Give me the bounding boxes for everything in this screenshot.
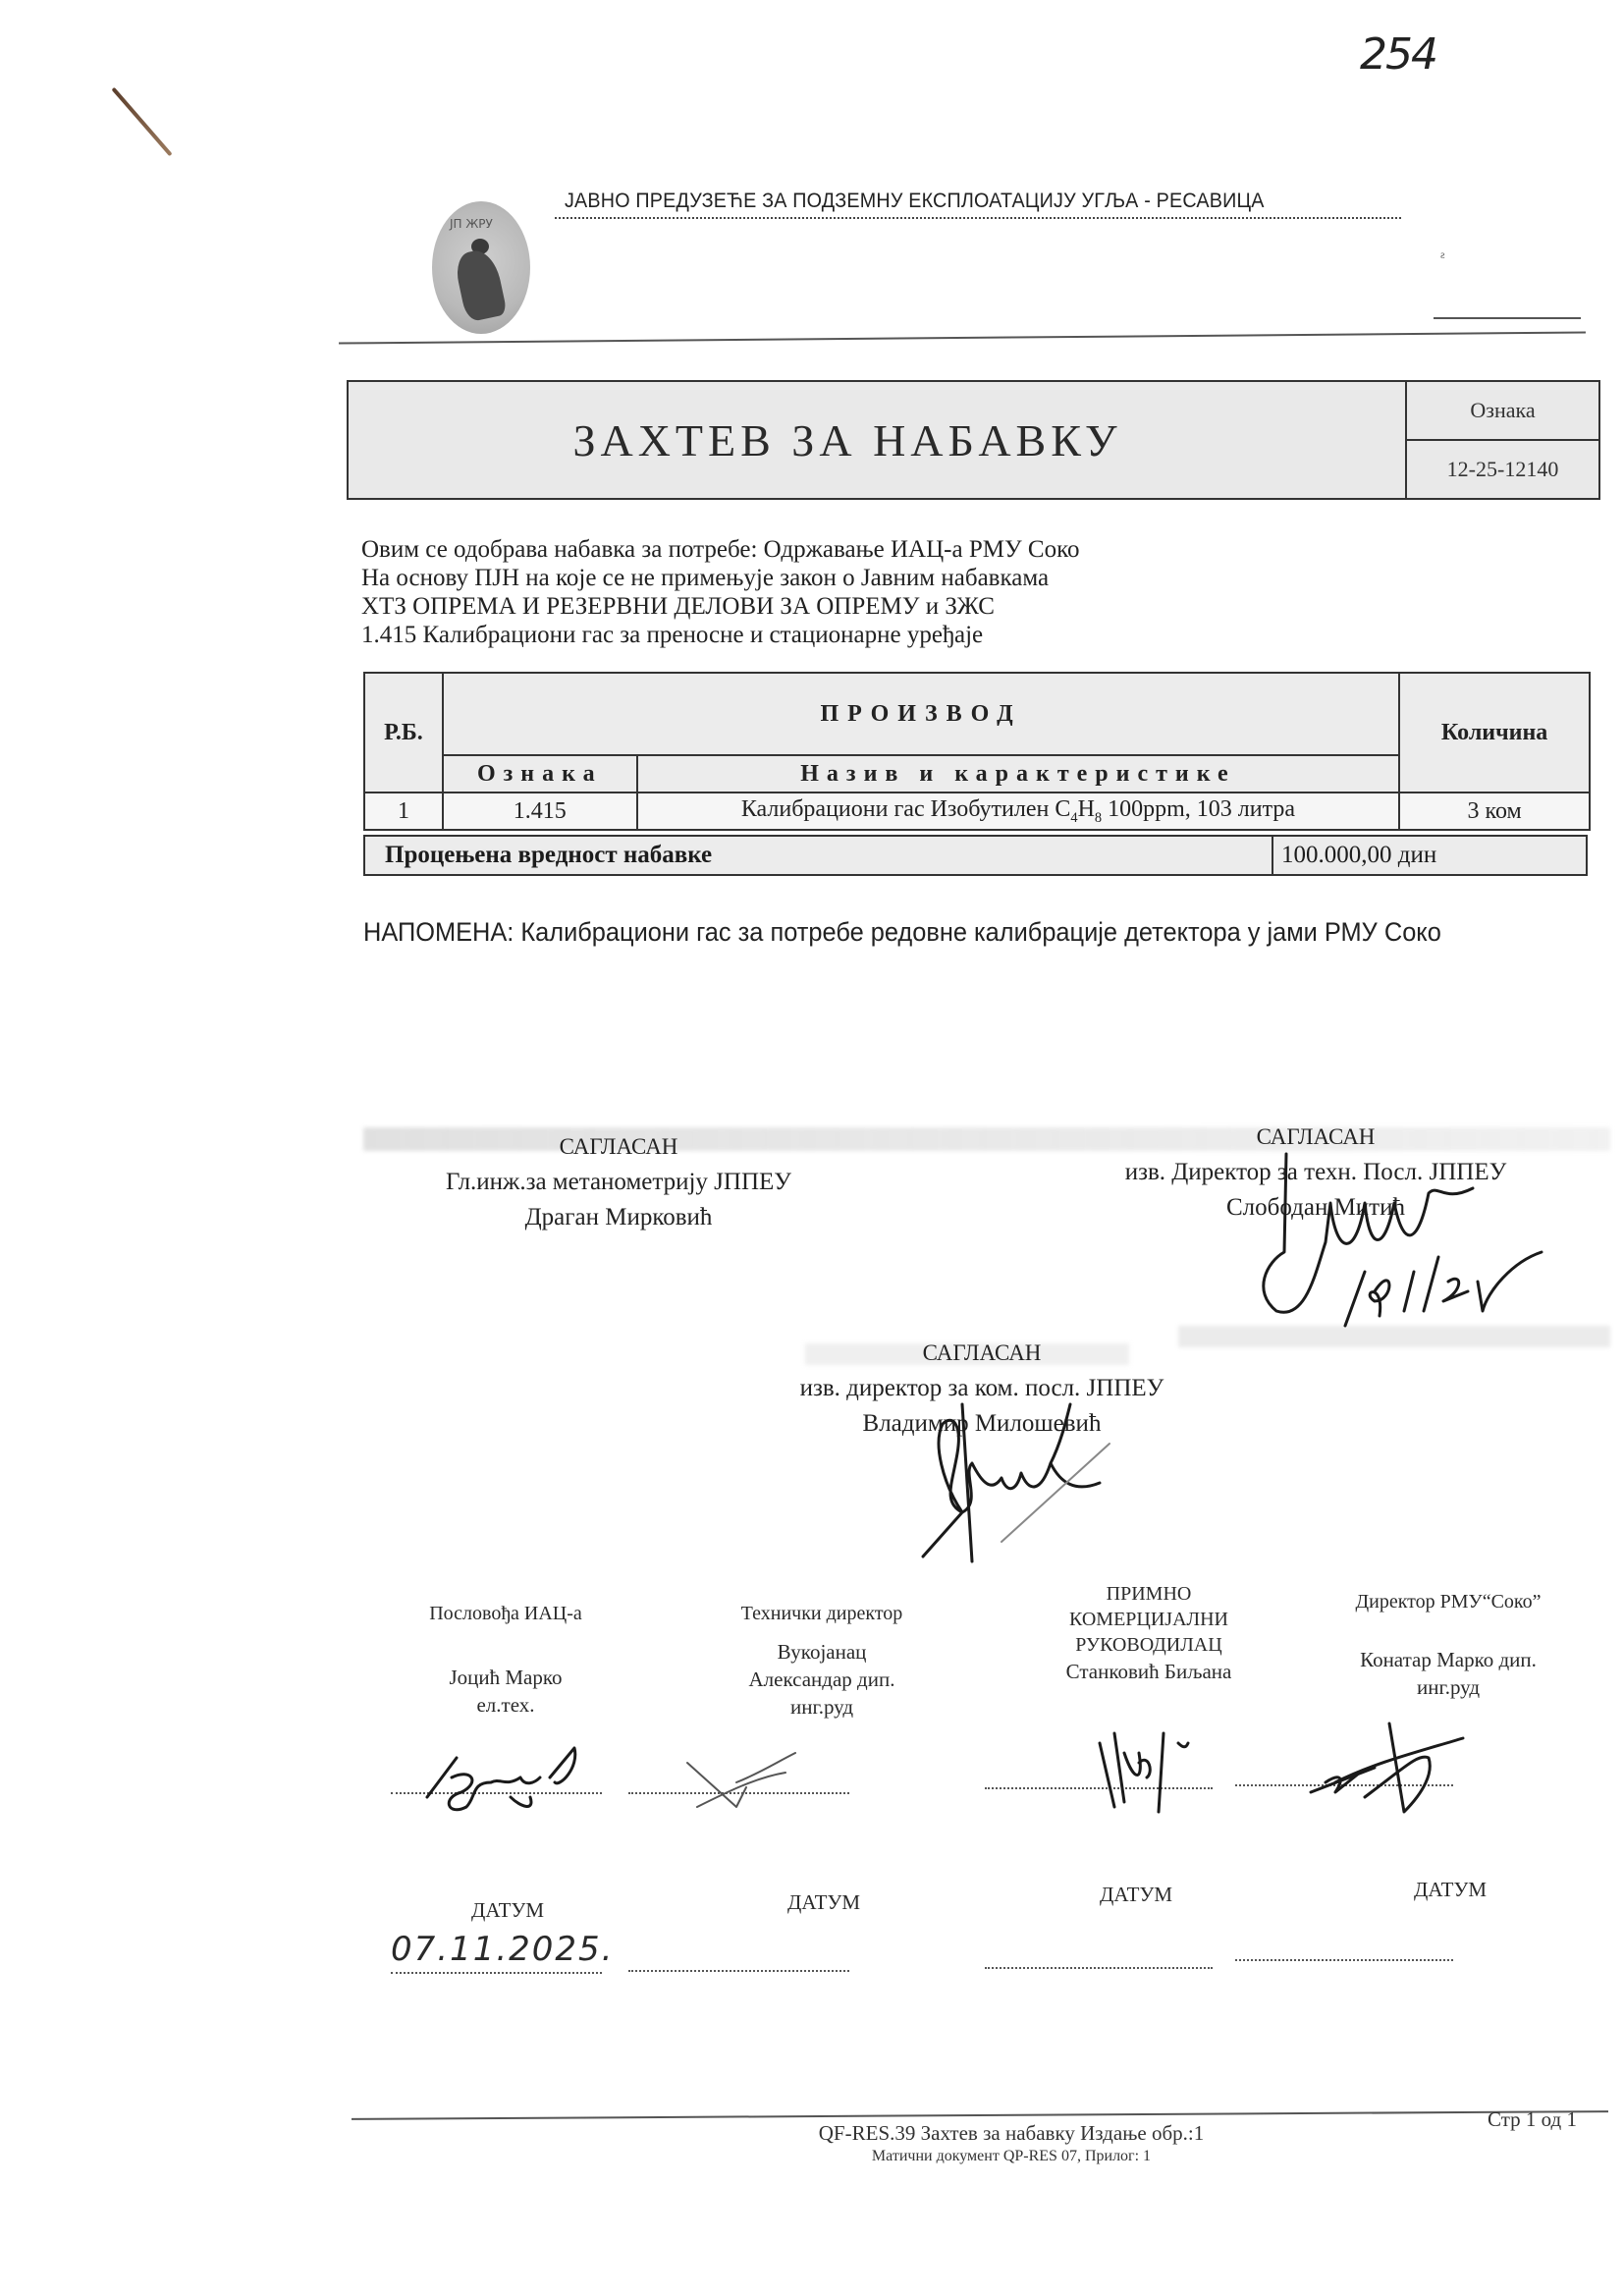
signature: [1296, 1714, 1492, 1822]
title-block: ЗАХТЕВ ЗА НАБАВКУ Ознака 12-25-12140: [347, 380, 1600, 500]
table-row: 1 1.415 Калибрациони гас Изобутилен C4H8…: [364, 793, 1590, 830]
header-rule: [339, 331, 1586, 344]
intro-line: ХТЗ ОПРЕМА И РЕЗЕРВНИ ДЕЛОВИ ЗА ОПРЕМУ и…: [361, 592, 1079, 621]
signature: [1080, 1714, 1208, 1822]
approval-status: САГЛАСАН: [687, 1336, 1276, 1371]
header-code: Ознака: [443, 755, 637, 793]
intro-text: Овим се одобрава набавка за потребе: Одр…: [361, 535, 1079, 649]
date-line: [1235, 1959, 1453, 1961]
items-table: Р.Б. ПРОИЗВОД Количина Ознака Назив и ка…: [363, 672, 1591, 831]
estimate-value: 100.000,00 дин: [1272, 837, 1586, 874]
date-label: ДАТУМ: [1100, 1883, 1172, 1907]
header-name: Назив и карактеристике: [637, 755, 1400, 793]
document-title: ЗАХТЕВ ЗА НАБАВКУ: [349, 382, 1405, 498]
signatory-name: Јоцић Марко ел.тех.: [403, 1664, 609, 1719]
header-rule-right: [1434, 317, 1581, 319]
logo-lettering: ЈП ЖРУ: [450, 217, 493, 231]
logo-miner-figure: [453, 246, 508, 322]
estimate-row: Процењена вредност набавке 100.000,00 ди…: [363, 835, 1588, 876]
signatory-column: Директор РМУ“Соко” Конатар Марко дип. ин…: [1316, 1589, 1581, 1701]
signatory-role: Директор РМУ“Соко”: [1316, 1589, 1581, 1634]
signatory-role: ПРИМНО КОМЕРЦИЈАЛНИ РУКОВОДИЛАЦ: [1026, 1581, 1272, 1626]
signatory-column: Пословођа ИАЦ-а Јоцић Марко ел.тех.: [403, 1601, 609, 1719]
handwritten-date: 07.11.2025.: [391, 1930, 614, 1969]
note-text: НАПОМЕНА: Калибрациони гас за потребе ре…: [363, 913, 1517, 951]
company-logo: ЈП ЖРУ: [432, 201, 530, 334]
signatory-column: Технички директор Вукојанац Александар д…: [699, 1601, 945, 1721]
signatory-name: Станковић Биљана: [982, 1658, 1316, 1685]
cell-quantity: 3 ком: [1399, 793, 1590, 830]
item-name-text: Калибрациони гас Изобутилен C4H8 100ppm,…: [741, 796, 1295, 822]
scan-mark: ƨ: [1440, 247, 1445, 262]
signatory-role: Пословођа ИАЦ-а: [403, 1601, 609, 1646]
signature: [1247, 1144, 1571, 1331]
signature: [903, 1385, 1149, 1571]
signatory-name: Конатар Марко дип. инг.руд: [1316, 1646, 1581, 1701]
estimate-label: Процењена вредност набавке: [365, 837, 1272, 874]
document-code-label: Ознака: [1407, 382, 1598, 441]
header-product: ПРОИЗВОД: [443, 673, 1399, 755]
header-quantity: Количина: [1399, 673, 1590, 793]
signatory-name: Вукојанац Александар дип. инг.руд: [699, 1638, 945, 1721]
footer-page-number: Стр 1 од 1: [1488, 2107, 1577, 2132]
date-line: [391, 1972, 602, 1974]
cell-rb: 1: [364, 793, 443, 830]
approval-block: САГЛАСАН Гл.инж.за метанометрију ЈППЕУ Д…: [373, 1129, 864, 1235]
handwritten-page-number: 254: [1360, 29, 1436, 80]
date-label: ДАТУМ: [1414, 1878, 1487, 1902]
date-label: ДАТУМ: [471, 1898, 544, 1923]
company-name: ЈАВНО ПРЕДУЗЕЋЕ ЗА ПОДЗЕМНУ ЕКСПЛОАТАЦИЈ…: [565, 190, 1265, 213]
company-underline: [555, 217, 1401, 219]
intro-line: Овим се одобрава набавка за потребе: Одр…: [361, 535, 1079, 564]
date-line: [628, 1970, 849, 1972]
approval-status: САГЛАСАН: [373, 1129, 864, 1165]
signatory-column: ПРИМНО КОМЕРЦИЈАЛНИ РУКОВОДИЛАЦ Станкови…: [982, 1581, 1316, 1685]
footer-form-code: QF-RES.39 Захтев за набавку Издање обр.:…: [707, 2121, 1316, 2146]
footer-parent-document: Матични документ QP-RES 07, Прилог: 1: [707, 2148, 1316, 2165]
intro-line: На основу ПЈН на које се не примењује за…: [361, 564, 1079, 592]
signature: [412, 1738, 609, 1817]
date-line: [985, 1967, 1213, 1969]
staple-mark: [111, 87, 172, 157]
approval-name: Драган Мирковић: [373, 1200, 864, 1235]
intro-line: 1.415 Калибрациони гас за преносне и ста…: [361, 621, 1079, 649]
approval-title: Гл.инж.за метанометрију ЈППЕУ: [373, 1165, 864, 1200]
document-code-box: Ознака 12-25-12140: [1405, 382, 1598, 498]
signature: [668, 1738, 835, 1817]
cell-code: 1.415: [443, 793, 637, 830]
date-label: ДАТУМ: [787, 1890, 860, 1915]
header-rb: Р.Б.: [364, 673, 443, 793]
document-code-value: 12-25-12140: [1407, 441, 1598, 498]
cell-name: Калибрациони гас Изобутилен C4H8 100ppm,…: [637, 793, 1400, 830]
footer-rule: [352, 2110, 1608, 2120]
